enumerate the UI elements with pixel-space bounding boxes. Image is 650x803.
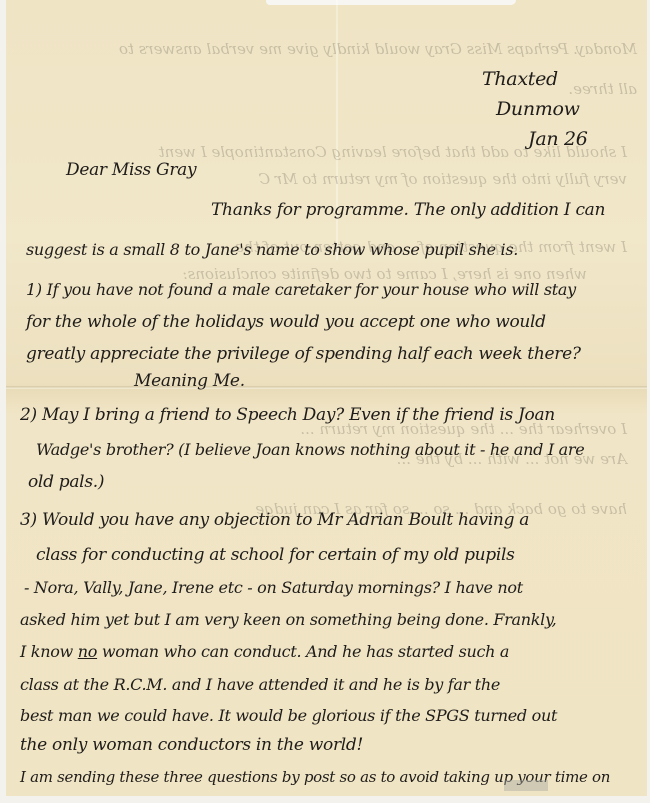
body-line: best man we could have. It would be glor… (20, 706, 557, 725)
body-line: for the whole of the holidays would you … (26, 312, 546, 332)
body-text: woman who can conduct. And he has starte… (102, 642, 509, 661)
body-line: old pals.) (28, 472, 104, 492)
bleed-line: Monday. Perhaps Miss Gray would kindly g… (119, 40, 637, 58)
body-line: class at the R.C.M. and I have attended … (20, 675, 500, 694)
question-1: 1) If you have not found a male caretake… (26, 280, 576, 299)
address-town: Thaxted (482, 68, 558, 90)
bleed-line: very fully into the question of my retur… (259, 170, 627, 188)
scan-artifact (504, 780, 548, 791)
question-3: 3) Would you have any objection to Mr Ad… (20, 510, 529, 530)
bleed-line: all three. (568, 80, 637, 98)
body-line: Wadge's brother? (I believe Joan knows n… (36, 440, 584, 459)
body-line: class for conducting at school for certa… (36, 545, 515, 565)
salutation: Dear Miss Gray (66, 160, 196, 180)
body-line: Meaning Me. (134, 371, 245, 391)
address-county: Dunmow (496, 98, 580, 120)
body-line: greatly appreciate the privilege of spen… (26, 344, 581, 364)
body-line: suggest is a small 8 to Jane's name to s… (26, 240, 518, 259)
body-line: Thanks for programme. The only addition … (211, 200, 605, 220)
letter-page: Monday. Perhaps Miss Gray would kindly g… (6, 0, 647, 796)
body-line: asked him yet but I am very keen on some… (20, 610, 556, 629)
question-2: 2) May I bring a friend to Speech Day? E… (20, 405, 555, 425)
body-line: I know no woman who can conduct. And he … (20, 642, 509, 661)
underlined-emphasis: no (78, 642, 97, 661)
letter-date: Jan 26 (528, 128, 588, 150)
body-line: the only woman conductors in the world! (20, 735, 363, 755)
fold-line (6, 386, 647, 389)
body-text: I know (20, 642, 73, 661)
body-line: - Nora, Vally, Jane, Irene etc - on Satu… (24, 578, 523, 597)
